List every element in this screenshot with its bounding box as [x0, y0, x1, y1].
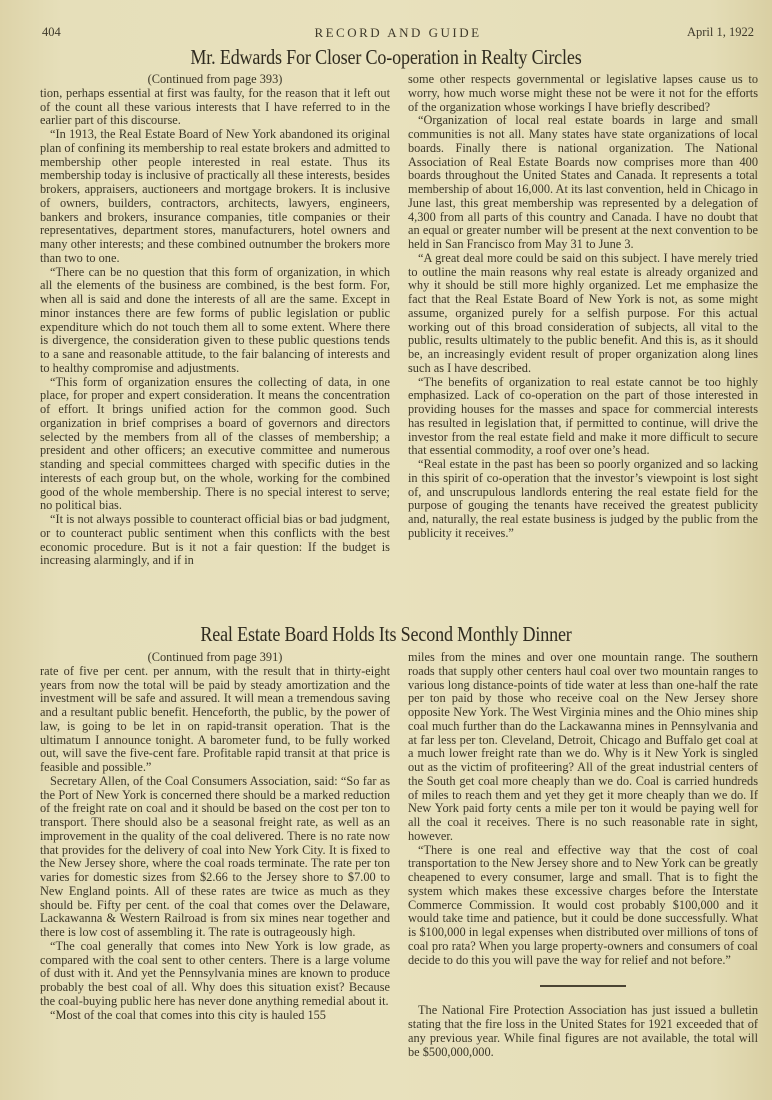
paragraph: “The benefits of organization to real es…: [408, 376, 758, 459]
article-title-edwards: Mr. Edwards For Closer Co-operation in R…: [54, 45, 718, 70]
article-title-dinner: Real Estate Board Holds Its Second Month…: [54, 622, 718, 647]
article1-left-column: (Continued from page 393) tion, perhaps …: [40, 73, 390, 568]
article2-left-column: (Continued from page 391) rate of five p…: [40, 651, 390, 1022]
continued-note: (Continued from page 391): [40, 651, 390, 665]
paragraph: tion, perhaps essential at first was fau…: [40, 87, 390, 128]
paragraph: miles from the mines and over one mounta…: [408, 651, 758, 844]
paragraph: “The coal generally that comes into New …: [40, 940, 390, 1009]
paragraph: Secretary Allen, of the Coal Consumers A…: [40, 775, 390, 940]
paragraph: some other respects governmental or legi…: [408, 73, 758, 114]
paragraph: rate of five per cent. per annum, with t…: [40, 665, 390, 775]
paragraph: “Most of the coal that comes into this c…: [40, 1009, 390, 1023]
paragraph: “It is not always possible to counteract…: [40, 513, 390, 568]
section-divider: [540, 985, 626, 987]
paragraph: “A great deal more could be said on this…: [408, 252, 758, 376]
paragraph: “There is one real and effective way tha…: [408, 844, 758, 968]
article2-right-column: miles from the mines and over one mounta…: [408, 651, 758, 1059]
paragraph: “There can be no question that this form…: [40, 266, 390, 376]
article1-right-column: some other respects governmental or legi…: [408, 73, 758, 541]
running-head: 404 RECORD AND GUIDE April 1, 1922: [42, 25, 754, 43]
news-item-fire-loss: The National Fire Protection Association…: [408, 1004, 758, 1059]
paragraph: “Organization of local real estate board…: [408, 114, 758, 252]
paragraph: “Real estate in the past has been so poo…: [408, 458, 758, 541]
paragraph: “This form of organization ensures the c…: [40, 376, 390, 514]
issue-date: April 1, 1922: [687, 25, 754, 40]
publication-name: RECORD AND GUIDE: [42, 25, 754, 41]
continued-note: (Continued from page 393): [40, 73, 390, 87]
paragraph: “In 1913, the Real Estate Board of New Y…: [40, 128, 390, 266]
